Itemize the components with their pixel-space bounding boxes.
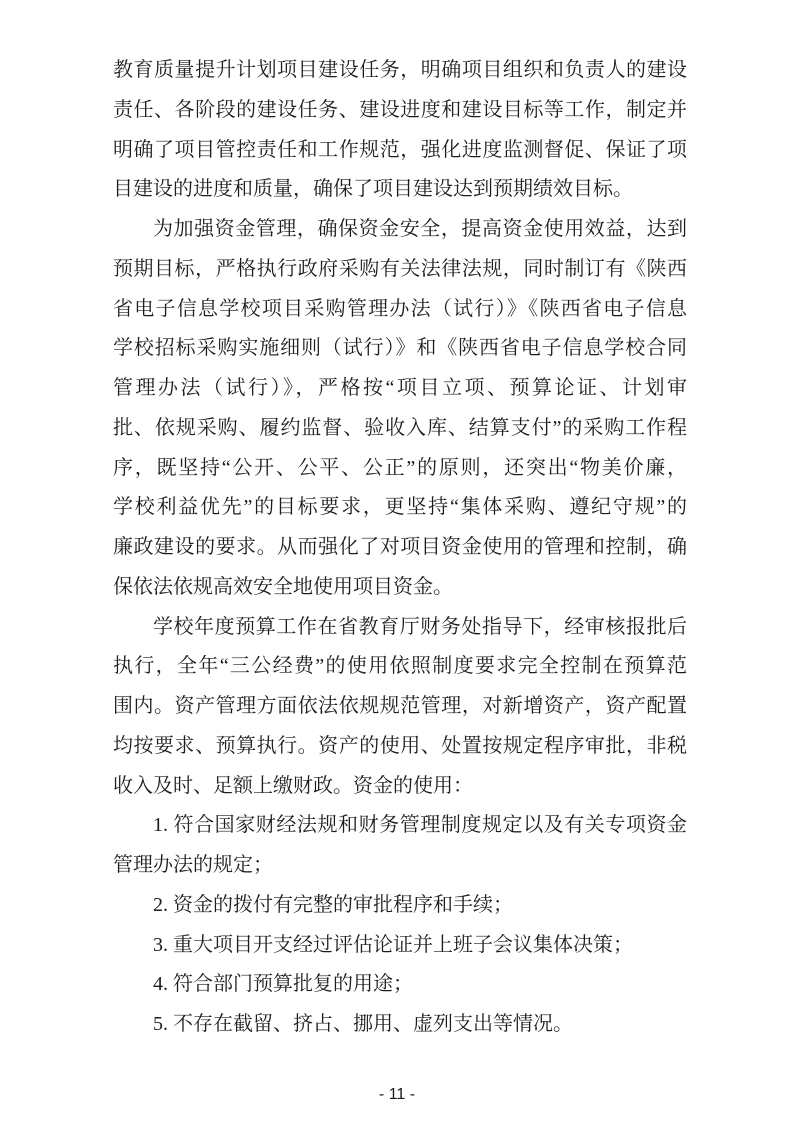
text-line: 明确了项目管控责任和工作规范，强化进度监测督促、保证了项 <box>113 131 687 171</box>
paragraph: 5. 不存在截留、挤占、挪用、虚列支出等情况。 <box>113 1005 687 1045</box>
paragraph: 1. 符合国家财经法规和财务管理制度规定以及有关专项资金管理办法的规定； <box>113 806 687 886</box>
document-page: 教育质量提升计划项目建设任务，明确项目组织和负责人的建设责任、各阶段的建设任务、… <box>0 0 794 1123</box>
text-line: 学校招标采购实施细则（试行）》和《陕西省电子信息学校合同 <box>113 329 687 369</box>
text-line: 2. 资金的拨付有完整的审批程序和手续； <box>113 886 687 926</box>
text-line: 保依法依规高效安全地使用项目资金。 <box>113 568 687 608</box>
text-line: 5. 不存在截留、挤占、挪用、虚列支出等情况。 <box>113 1005 687 1045</box>
text-line: 均按要求、预算执行。资产的使用、处置按规定程序审批，非税 <box>113 727 687 767</box>
text-line: 预期目标，严格执行政府采购有关法律法规，同时制订有《陕西 <box>113 250 687 290</box>
text-line: 廉政建设的要求。从而强化了对项目资金使用的管理和控制，确 <box>113 528 687 568</box>
text-line: 执行，全年“三公经费”的使用依照制度要求完全控制在预算范 <box>113 647 687 687</box>
text-line: 目建设的进度和质量，确保了项目建设达到预期绩效目标。 <box>113 170 687 210</box>
paragraph: 3. 重大项目开支经过评估论证并上班子会议集体决策； <box>113 926 687 966</box>
document-body: 教育质量提升计划项目建设任务，明确项目组织和负责人的建设责任、各阶段的建设任务、… <box>113 51 687 1045</box>
paragraph: 2. 资金的拨付有完整的审批程序和手续； <box>113 886 687 926</box>
text-line: 责任、各阶段的建设任务、建设进度和建设目标等工作，制定并 <box>113 91 687 131</box>
paragraph: 4. 符合部门预算批复的用途； <box>113 965 687 1005</box>
text-line: 批、依规采购、履约监督、验收入库、结算支付”的采购工作程 <box>113 409 687 449</box>
text-line: 学校利益优先”的目标要求，更坚持“集体采购、遵纪守规”的 <box>113 488 687 528</box>
paragraph: 教育质量提升计划项目建设任务，明确项目组织和负责人的建设责任、各阶段的建设任务、… <box>113 51 687 210</box>
text-line: 管理办法（试行）》，严格按“项目立项、预算论证、计划审 <box>113 369 687 409</box>
text-line: 管理办法的规定； <box>113 846 687 886</box>
text-line: 学校年度预算工作在省教育厅财务处指导下，经审核报批后 <box>113 608 687 648</box>
text-line: 1. 符合国家财经法规和财务管理制度规定以及有关专项资金 <box>113 806 687 846</box>
text-line: 3. 重大项目开支经过评估论证并上班子会议集体决策； <box>113 926 687 966</box>
text-line: 为加强资金管理，确保资金安全，提高资金使用效益，达到 <box>113 210 687 250</box>
text-line: 省电子信息学校项目采购管理办法（试行）》《陕西省电子信息 <box>113 290 687 330</box>
paragraph: 为加强资金管理，确保资金安全，提高资金使用效益，达到预期目标，严格执行政府采购有… <box>113 210 687 608</box>
text-line: 4. 符合部门预算批复的用途； <box>113 965 687 1005</box>
text-line: 序，既坚持“公开、公平、公正”的原则，还突出“物美价廉， <box>113 449 687 489</box>
text-line: 收入及时、足额上缴财政。资金的使用： <box>113 767 687 807</box>
paragraph: 学校年度预算工作在省教育厅财务处指导下，经审核报批后执行，全年“三公经费”的使用… <box>113 608 687 807</box>
text-line: 教育质量提升计划项目建设任务，明确项目组织和负责人的建设 <box>113 51 687 91</box>
page-number: - 11 - <box>0 1086 794 1104</box>
text-line: 围内。资产管理方面依法依规规范管理，对新增资产，资产配置 <box>113 687 687 727</box>
